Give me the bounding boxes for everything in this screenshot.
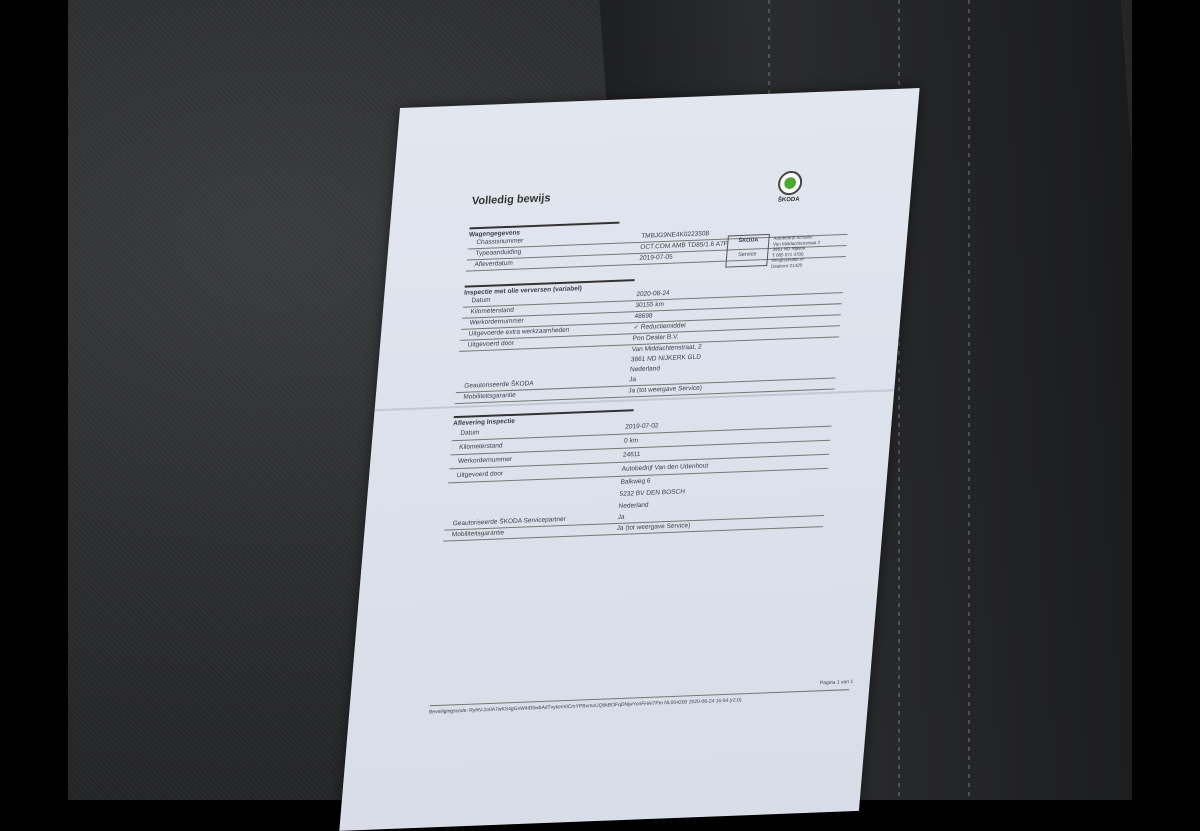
service-stamp: ŠKODA Service: [725, 234, 770, 268]
page-number: Pagina 1 van 1: [820, 679, 854, 686]
dealer-stamp: Autobedrijf SchuilerVan Middachtenstraat…: [771, 234, 821, 269]
skoda-logo-icon: [777, 171, 803, 196]
security-code: Beveiligingscode: RyhN-2o0A7wKS4gGxW4iD5…: [429, 689, 850, 715]
document-title: Volledig bewijs: [471, 192, 551, 207]
skoda-logo: ŠKODA: [768, 170, 811, 204]
delivery-section: Aflevering Inspectie Datum2019-07-02Kilo…: [443, 402, 833, 542]
inspection-section: Inspectie met olie verversen (variabel) …: [455, 271, 845, 404]
service-document: Volledig bewijs ŠKODA Wagengegevens Chas…: [339, 88, 919, 800]
